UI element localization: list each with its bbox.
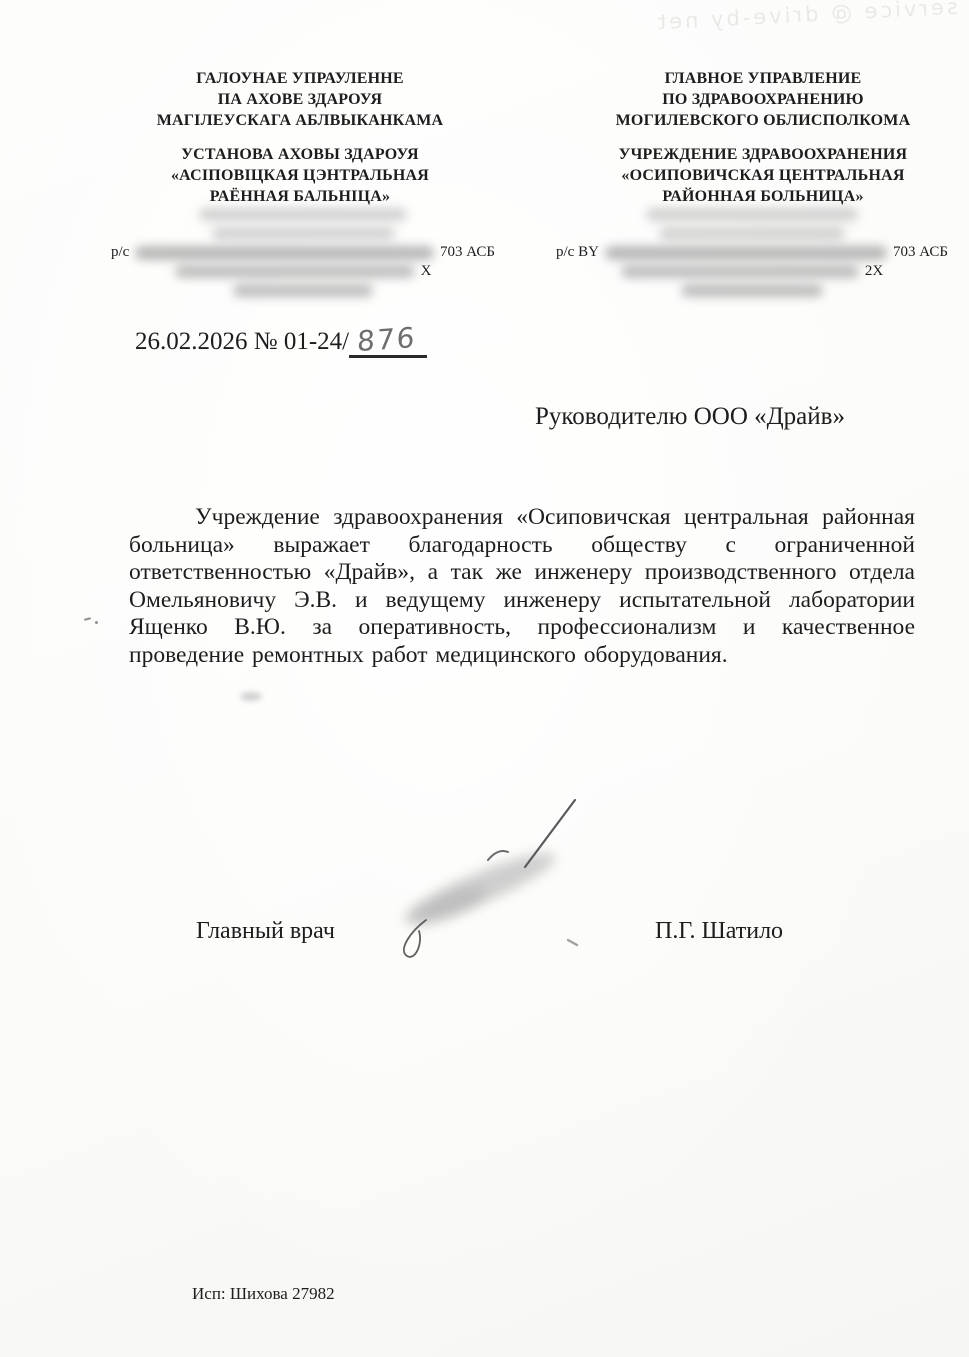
handwritten-signature <box>388 790 608 970</box>
redacted-line <box>556 224 948 243</box>
header-line: УСТАНОВА АХОВЫ ЗДАРОУЯ <box>150 144 450 165</box>
header-line: ГЛАВНОЕ УПРАВЛЕНИЕ <box>608 68 918 89</box>
account-label: р/с <box>111 243 129 262</box>
redaction-blur <box>135 246 434 260</box>
header-line: МОГИЛЕВСКОГО ОБЛИСПОЛКОМА <box>608 110 918 131</box>
body-paragraph: Учреждение здравоохранения «Осиповичская… <box>129 504 915 670</box>
header-line: ПО ЗДРАВООХРАНЕНИЮ <box>608 89 918 110</box>
redaction-blur <box>659 227 845 240</box>
line-visible-end: 2Х <box>865 262 883 281</box>
executor-line: Исп: Шихова 27982 <box>192 1284 335 1304</box>
handwritten-number: 876 <box>357 324 417 356</box>
requisites-right: р/с BY 703 АСБ 2Х <box>556 205 948 300</box>
header-line: УЧРЕЖДЕНИЕ ЗДРАВООХРАНЕНИЯ <box>608 144 918 165</box>
date-and-number: 26.02.2026 № 01-24/ <box>135 328 349 355</box>
line-visible-end: Х <box>421 262 432 281</box>
handwritten-number-underline: 876 <box>349 326 426 358</box>
bleed-through-text: service @ drive-by net <box>598 0 959 37</box>
document-page: service @ drive-by net ГАЛОУНАЕ УПРАУЛЕН… <box>0 0 969 1357</box>
account-visible-end: 703 АСБ <box>440 243 495 262</box>
redaction-blur <box>605 246 887 260</box>
organization-name-by: УСТАНОВА АХОВЫ ЗДАРОУЯ «АСІПОВІЦКАЯ ЦЭНТ… <box>150 144 450 207</box>
header-line: РАЁННАЯ БАЛЬНІЦА» <box>150 186 450 207</box>
organization-name-ru: УЧРЕЖДЕНИЕ ЗДРАВООХРАНЕНИЯ «ОСИПОВИЧСКАЯ… <box>608 144 918 207</box>
redaction-blur <box>621 265 859 278</box>
authority-name-ru: ГЛАВНОЕ УПРАВЛЕНИЕ ПО ЗДРАВООХРАНЕНИЮ МО… <box>608 68 918 131</box>
redaction-blur <box>199 208 407 221</box>
redacted-line: 2Х <box>556 262 948 281</box>
signer-name: П.Г. Шатило <box>655 918 783 945</box>
scan-smudge <box>240 692 262 701</box>
redaction-blur <box>646 208 858 221</box>
header-line: РАЙОННАЯ БОЛЬНИЦА» <box>608 186 918 207</box>
stray-pen-mark <box>84 617 102 625</box>
authority-name-by: ГАЛОУНАЕ УПРАУЛЕННЕ ПА АХОВЕ ЗДАРОУЯ МАГ… <box>150 68 450 131</box>
redacted-line <box>111 281 495 300</box>
header-right-russian: ГЛАВНОЕ УПРАВЛЕНИЕ ПО ЗДРАВООХРАНЕНИЮ МО… <box>608 68 918 207</box>
header-line: ПА АХОВЕ ЗДАРОУЯ <box>150 89 450 110</box>
requisites-left: р/с 703 АСБ Х <box>111 205 495 300</box>
redaction-blur <box>212 227 395 240</box>
header-line: «АСІПОВІЦКАЯ ЦЭНТРАЛЬНАЯ <box>150 165 450 186</box>
redaction-blur <box>175 265 415 278</box>
addressee-line: Руководителю ООО «Драйв» <box>535 403 845 431</box>
header-left-belarusian: ГАЛОУНАЕ УПРАУЛЕННЕ ПА АХОВЕ ЗДАРОУЯ МАГ… <box>150 68 450 207</box>
header-line: «ОСИПОВИЧСКАЯ ЦЕНТРАЛЬНАЯ <box>608 165 918 186</box>
redacted-line <box>556 205 948 224</box>
account-line: р/с 703 АСБ <box>111 243 495 262</box>
redacted-line: Х <box>111 262 495 281</box>
redacted-line <box>556 281 948 300</box>
redacted-line <box>111 205 495 224</box>
redaction-blur <box>233 284 373 297</box>
account-line: р/с BY 703 АСБ <box>556 243 948 262</box>
header-line: ГАЛОУНАЕ УПРАУЛЕННЕ <box>150 68 450 89</box>
account-visible-end: 703 АСБ <box>893 243 948 262</box>
signer-position-title: Главный врач <box>196 918 335 945</box>
account-label: р/с BY <box>556 243 599 262</box>
redaction-blur <box>681 284 823 297</box>
redacted-line <box>111 224 495 243</box>
reference-line: 26.02.2026 № 01-24/876 <box>135 326 427 358</box>
header-line: МАГІЛЕУСКАГА АБЛВЫКАНКАМА <box>150 110 450 131</box>
